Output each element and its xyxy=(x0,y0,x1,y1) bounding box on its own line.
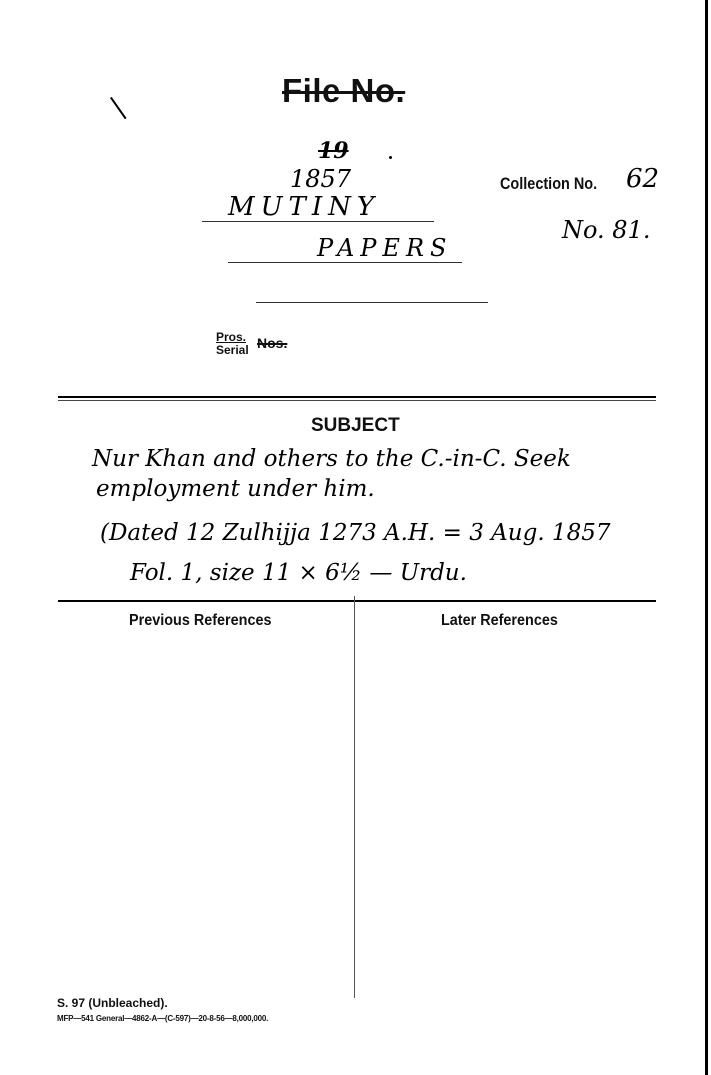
subject-line-4: Fol. 1, size 11 × 6½ — Urdu. xyxy=(130,560,467,586)
pros-serial-label: Pros. Serial xyxy=(216,331,249,357)
struck-file-number: 19 xyxy=(318,138,349,164)
printer-imprint: MFP—541 General—4862-A—(C-597)—20-8-56—8… xyxy=(57,1014,268,1023)
item-number: No. 81. xyxy=(562,216,650,244)
form-number: S. 97 (Unbleached). xyxy=(57,996,168,1010)
title-underline-2 xyxy=(228,262,462,263)
subject-line-1: Nur Khan and others to the C.-in-C. Seek xyxy=(92,446,571,472)
collection-number: 62 xyxy=(626,164,659,194)
column-separator xyxy=(354,596,355,998)
subject-line-3: (Dated 12 Zulhijja 1273 A.H. = 3 Aug. 18… xyxy=(100,520,610,546)
nos-label-struck: Nos. xyxy=(257,335,287,351)
handwritten-title-papers: PAPERS xyxy=(317,234,452,262)
references-divider xyxy=(58,600,656,602)
file-no-title: File No. xyxy=(282,72,405,110)
section-divider-top xyxy=(58,396,656,398)
title-underline-3 xyxy=(256,302,488,303)
page-edge-border xyxy=(705,0,708,1075)
collection-label: Collection No. xyxy=(500,174,597,194)
file-cover-page: File No. 19 1857 MUTINY PAPERS Collectio… xyxy=(0,0,711,1075)
subject-line-2: employment under him. xyxy=(96,476,375,502)
pen-tick-mark xyxy=(110,97,127,119)
serial-label: Serial xyxy=(216,343,249,357)
handwritten-title-mutiny: MUTINY xyxy=(228,192,380,222)
handwritten-year: 1857 xyxy=(290,165,351,193)
ink-dot xyxy=(389,156,392,159)
section-divider-top-thin xyxy=(58,400,656,401)
previous-references-heading: Previous References xyxy=(129,612,271,630)
later-references-heading: Later References xyxy=(441,612,558,630)
subject-heading: SUBJECT xyxy=(311,415,400,437)
title-underline-1 xyxy=(202,221,434,222)
